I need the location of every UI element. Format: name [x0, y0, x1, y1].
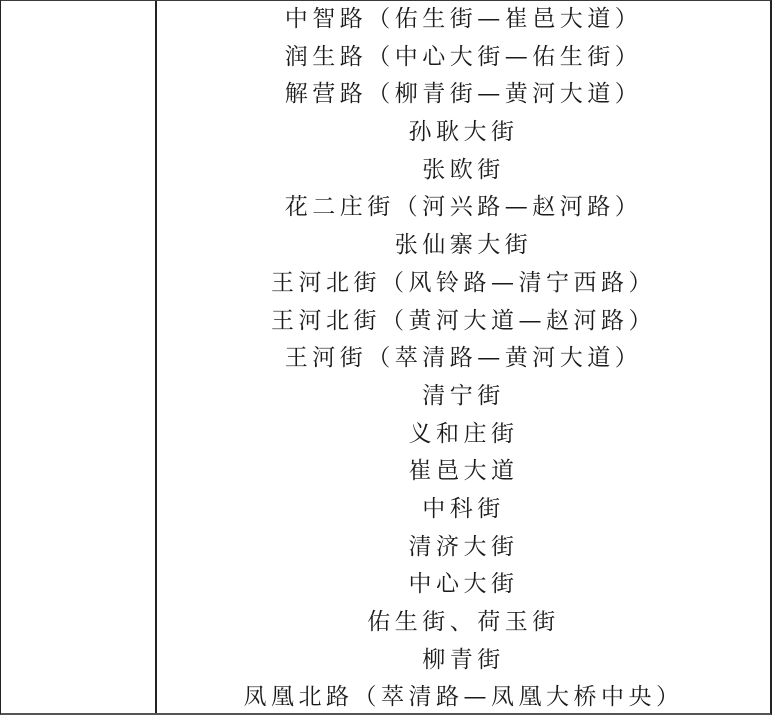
street-row: 王河北街（黄河大道—赵河路） — [157, 303, 770, 341]
street-row: 义和庄街 — [157, 416, 770, 454]
street-row: 佑生街、荷玉街 — [157, 604, 770, 642]
street-row: 凤凰北路（萃清路—凤凰大桥中央） — [157, 679, 770, 717]
street-row: 王河街（萃清路—黄河大道） — [157, 340, 770, 378]
street-row: 孙耿大街 — [157, 114, 770, 152]
street-row: 崔邑大道 — [157, 453, 770, 491]
street-row: 解营路（柳青街—黄河大道） — [157, 76, 770, 114]
street-row: 张仙寨大街 — [157, 227, 770, 265]
street-row: 中智路（佑生街—崔邑大道） — [157, 1, 770, 39]
street-row: 清济大街 — [157, 529, 770, 567]
street-list-cell: 中智路（佑生街—崔邑大道） 润生路（中心大街—佑生街） 解营路（柳青街—黄河大道… — [157, 1, 770, 713]
street-row: 王河北街（风铃路—清宁西路） — [157, 265, 770, 303]
street-row: 张欧街 — [157, 152, 770, 190]
street-row: 中心大街 — [157, 566, 770, 604]
street-row: 润生路（中心大街—佑生街） — [157, 39, 770, 77]
street-row: 清宁街 — [157, 378, 770, 416]
street-row: 柳青街 — [157, 642, 770, 680]
street-table: 中智路（佑生街—崔邑大道） 润生路（中心大街—佑生街） 解营路（柳青街—黄河大道… — [0, 0, 772, 715]
left-column-cell — [1, 1, 157, 713]
street-row: 中科街 — [157, 491, 770, 529]
street-row: 花二庄街（河兴路—赵河路） — [157, 189, 770, 227]
